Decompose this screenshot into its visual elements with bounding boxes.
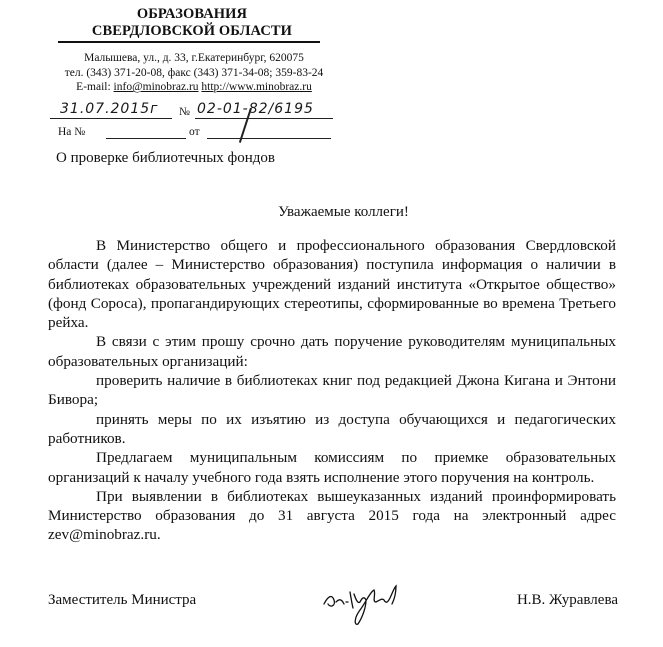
signatory-name: Н.В. Журавлева [517, 592, 618, 609]
reply-to-field [106, 120, 186, 139]
email-web-line: E-mail: info@minobraz.ru http://www.mino… [46, 80, 342, 95]
date-field: 31.07.2015г [50, 100, 172, 119]
letter-body: В Министерство общего и профессиональног… [48, 236, 616, 545]
from-field [207, 120, 331, 139]
paragraph-5: Предлагаем муниципальным комиссиям по пр… [48, 448, 616, 487]
registration-row-outgoing: 31.07.2015г № 02-01-82/6195 [50, 100, 330, 120]
registration-row-reply: На № от [50, 120, 340, 140]
phones: тел. (343) 371-20-08, факс (343) 371-34-… [46, 66, 342, 81]
letterhead: ОБРАЗОВАНИЯ СВЕРДЛОВСКОЙ ОБЛАСТИ [62, 6, 322, 40]
paragraph-6: При выявлении в библиотеках вышеуказанны… [48, 487, 616, 545]
email-link[interactable]: info@minobraz.ru [114, 81, 199, 93]
handwritten-signature-icon [320, 578, 410, 628]
number-field: 02-01-82/6195 [195, 100, 333, 119]
org-name-line-1: ОБРАЗОВАНИЯ [62, 6, 322, 23]
signature-block: Заместитель Министра Н.В. Журавлева [48, 580, 618, 640]
paragraph-3: проверить наличие в библиотеках книг под… [48, 371, 616, 410]
signatory-title: Заместитель Министра [48, 592, 196, 609]
reply-to-label: На № [58, 126, 85, 138]
contact-block: Малышева, ул., д. 33, г.Екатеринбург, 62… [46, 51, 342, 95]
salutation: Уважаемые коллеги! [0, 204, 663, 221]
address: Малышева, ул., д. 33, г.Екатеринбург, 62… [46, 51, 342, 66]
paragraph-1: В Министерство общего и профессиональног… [48, 236, 616, 332]
org-name-line-2: СВЕРДЛОВСКОЙ ОБЛАСТИ [62, 23, 322, 40]
paragraph-2: В связи с этим прошу срочно дать поручен… [48, 332, 616, 371]
website-link[interactable]: http://www.minobraz.ru [201, 81, 311, 93]
number-label: № [179, 106, 190, 118]
subject-line: О проверке библиотечных фондов [56, 150, 275, 167]
from-label: от [189, 126, 200, 138]
handwritten-number: 02-01-82/6195 [197, 101, 314, 117]
email-label: E-mail: [76, 81, 111, 93]
handwritten-date: 31.07.2015г [60, 101, 159, 117]
paragraph-4: принять меры по их изъятию из доступа об… [48, 410, 616, 449]
letterhead-divider [58, 41, 320, 43]
